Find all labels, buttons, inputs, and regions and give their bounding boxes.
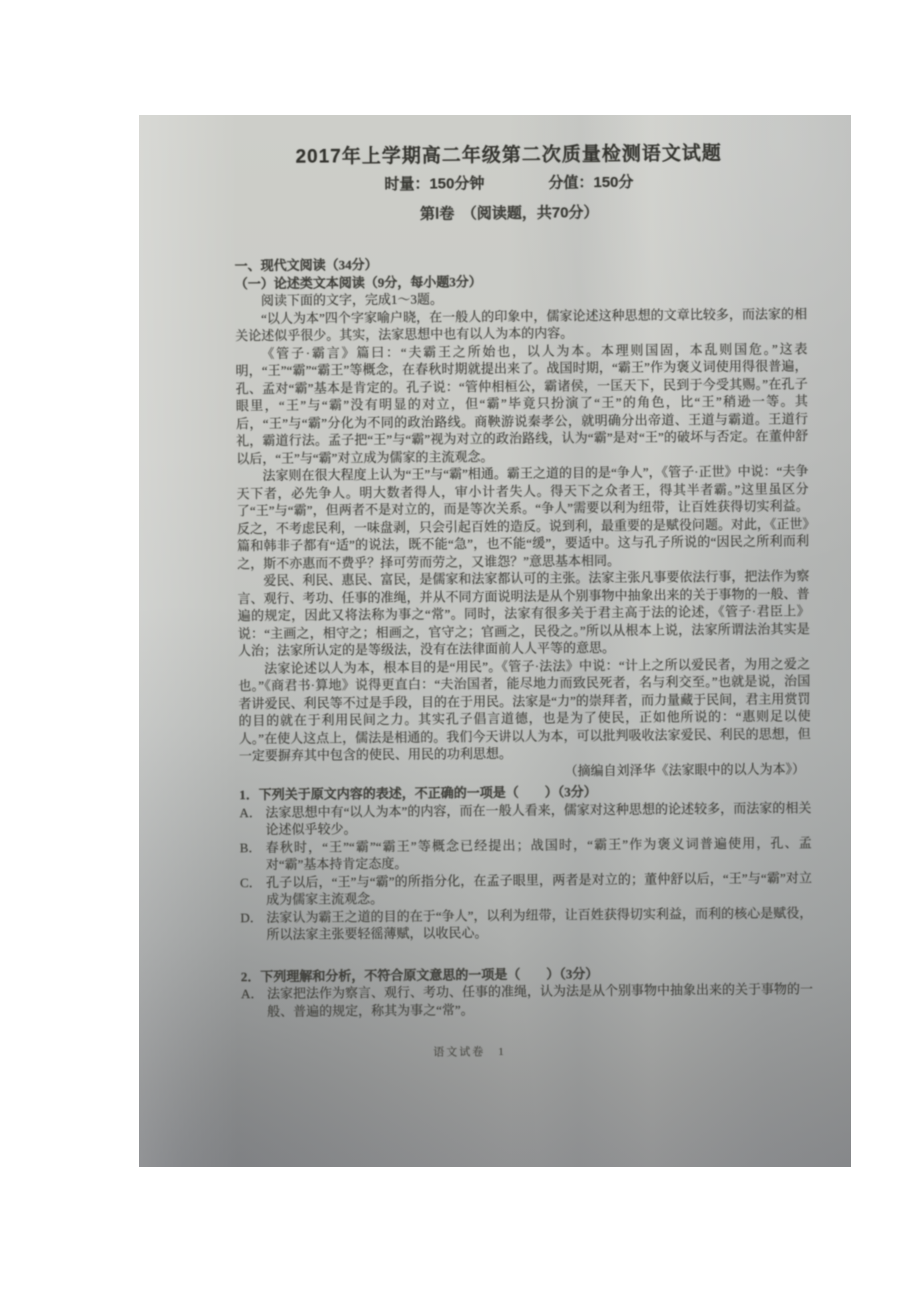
exam-page-content: 2017年上学期高二年级第二次质量检测语文试题 时量：150分钟分值：150分 … bbox=[139, 115, 851, 1167]
exam-header: 2017年上学期高二年级第二次质量检测语文试题 时量：150分钟分值：150分 … bbox=[234, 140, 785, 231]
meta-gap bbox=[484, 188, 548, 189]
option-text: 春秋时，“王”“霸”“霸王”等概念已经提出；战国时，“霸王”作为褒义词普遍使用，… bbox=[266, 834, 812, 874]
passage-paragraph: 爱民、利民、惠民、富民，是儒家和法家都认可的主张。法家主张凡事要依法行事，把法作… bbox=[237, 567, 810, 659]
page-canvas: 2017年上学期高二年级第二次质量检测语文试题 时量：150分钟分值：150分 … bbox=[0, 0, 920, 1302]
option-text: 法家把法作为察言、观行、考功、任事的准绳，认为法是从个别事物中抽象出来的关于事物… bbox=[267, 980, 813, 1020]
exam-duration: 时量：150分钟 bbox=[384, 175, 484, 193]
passage-paragraph: 《管子·霸言》篇曰：“夫霸王之所始也，以人为本。本理则国固，本乱则国危。”这表明… bbox=[235, 340, 808, 467]
question-1-option-b: B． 春秋时，“王”“霸”“霸王”等概念已经提出；战国时，“霸王”作为褒义词普遍… bbox=[240, 834, 812, 874]
exam-paper-photo: 2017年上学期高二年级第二次质量检测语文试题 时量：150分钟分值：150分 … bbox=[139, 115, 851, 1167]
question-2-option-a: A． 法家把法作为察言、观行、考功、任事的准绳，认为法是从个别事物中抽象出来的关… bbox=[241, 980, 813, 1020]
option-letter: C． bbox=[240, 874, 266, 909]
exam-meta-line: 时量：150分钟分值：150分 bbox=[234, 166, 784, 201]
option-letter: D． bbox=[240, 909, 266, 944]
option-letter: B． bbox=[240, 839, 266, 874]
passage-paragraph: 法家则在很大程度上认为“王”与“霸”相通。霸王之道的目的是“争人”，《管子·正世… bbox=[236, 462, 809, 572]
option-letter: A． bbox=[239, 804, 265, 839]
passage-paragraph: 法家论述以人为本，根本目的是“用民”。《管子·法法》中说：“计上之所以爱民者，为… bbox=[238, 655, 811, 765]
exam-score: 分值：150分 bbox=[548, 174, 633, 192]
passage-paragraph: “以人为本”四个字家喻户晓，在一般人的印象中，儒家论述这种思想的文章比较多，而法… bbox=[235, 305, 807, 345]
exam-title: 2017年上学期高二年级第二次质量检测语文试题 bbox=[234, 140, 784, 171]
option-text: 法家认为霸王之道的目的在于“争人”，以利为纽带，让百姓获得切实利益，而利的核心是… bbox=[266, 904, 812, 944]
option-letter: A． bbox=[241, 985, 267, 1020]
question-1-option-a: A． 法家思想中有“以人为本”的内容，而在一般人看来，儒家对这种思想的论述较多，… bbox=[239, 799, 811, 839]
option-text: 孔子以后，“王”与“霸”的所指分化，在孟子眼里，两者是对立的；董仲舒以后，“王”… bbox=[266, 869, 812, 909]
question-1-option-c: C． 孔子以后，“王”与“霸”的所指分化，在孟子眼里，两者是对立的；董仲舒以后，… bbox=[240, 869, 812, 909]
question-2: 2．下列理解和分析，不符合原文意思的一项是（ ）（3分） A． 法家把法作为察言… bbox=[241, 963, 813, 1020]
page-footer: 语文试卷 1 bbox=[183, 1042, 755, 1064]
passage-block: 一、现代文阅读（34分） （一）论述类文本阅读（9分，每小题3分） 阅读下面的文… bbox=[235, 252, 814, 1063]
option-text: 法家思想中有“以人为本”的内容，而在一般人看来，儒家对这种思想的论述较多，而法家… bbox=[265, 799, 811, 839]
question-1-option-d: D． 法家认为霸王之道的目的在于“争人”，以利为纽带，让百姓获得切实利益，而利的… bbox=[240, 904, 812, 944]
volume-heading: 第Ⅰ卷 （阅读题，共70分） bbox=[234, 196, 784, 231]
question-1: 1．下列关于原文内容的表述，不正确的一项是（ ）（3分） A． 法家思想中有“以… bbox=[239, 781, 812, 943]
